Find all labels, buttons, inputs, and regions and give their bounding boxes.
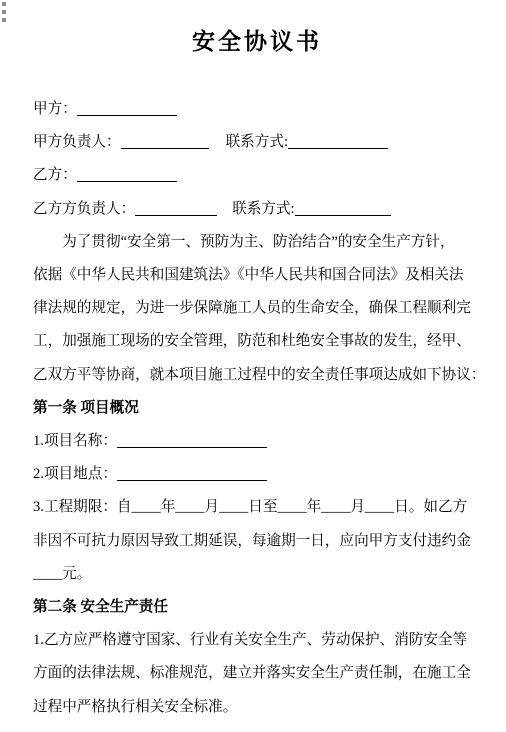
grip-dot	[2, 18, 6, 22]
party-a-manager-blank[interactable]	[121, 133, 209, 149]
section-2-heading: 第二条 安全生产责任	[33, 591, 481, 624]
project-term-line: 3.工程期限：自____年____月____日至____年____月____日。…	[33, 491, 481, 524]
preamble-line: 为了贯彻“安全第一、预防为主、防治结合”的安全生产方针，	[33, 226, 481, 259]
party-b-blank[interactable]	[77, 166, 177, 182]
party-a-contact-label: 联系方式:	[226, 134, 288, 150]
preamble-line: 乙双方平等协商，就本项目施工过程中的安全责任事项达成如下协议：	[33, 359, 481, 392]
project-term-line: 非因不可抗力原因导致工期延误，每逾期一日，应向甲方支付违约金	[33, 525, 481, 558]
document-title: 安全协议书	[33, 28, 481, 55]
project-name-label: 1.项目名称：	[33, 433, 117, 449]
party-b-label: 乙方：	[33, 167, 77, 183]
project-name-blank[interactable]	[117, 432, 267, 448]
party-a-manager-label: 甲方负责人：	[33, 134, 121, 150]
party-a-row: 甲方：	[33, 93, 481, 126]
project-location-label: 2.项目地点：	[33, 466, 117, 482]
project-location-blank[interactable]	[117, 465, 267, 481]
safety-duty-line: 过程中严格执行相关安全标准。	[33, 691, 481, 724]
party-b-manager-label: 乙方方负责人：	[33, 201, 135, 217]
preamble-line: 依据《中华人民共和国建筑法》《中华人民共和国合同法》及相关法	[33, 259, 481, 292]
party-a-label: 甲方：	[33, 101, 77, 117]
party-a-contact-blank[interactable]	[288, 133, 388, 149]
document-page: 安全协议书 甲方： 甲方负责人：联系方式: 乙方： 乙方方负责人：联系方式: 为…	[0, 0, 506, 724]
project-name-row: 1.项目名称：	[33, 425, 481, 458]
party-a-blank[interactable]	[77, 100, 177, 116]
section-1-heading: 第一条 项目概况	[33, 392, 481, 425]
preamble-line: 律法规的规定，为进一步保障施工人员的生命安全，确保工程顺利完	[33, 292, 481, 325]
party-b-manager-blank[interactable]	[135, 200, 217, 216]
grip-dot	[2, 2, 6, 6]
party-b-row: 乙方：	[33, 159, 481, 192]
party-b-manager-row: 乙方方负责人：联系方式:	[33, 193, 481, 226]
safety-duty-line: 方面的法律法规、标准规范，建立并落实安全生产责任制，在施工全	[33, 657, 481, 690]
drag-handle-icon[interactable]	[2, 2, 8, 26]
party-b-contact-blank[interactable]	[295, 200, 391, 216]
party-a-manager-row: 甲方负责人：联系方式:	[33, 126, 481, 159]
project-location-row: 2.项目地点：	[33, 458, 481, 491]
project-term-line: ____元。	[33, 558, 481, 591]
preamble-line: 工，加强施工现场的安全管理，防范和杜绝安全事故的发生，经甲、	[33, 325, 481, 358]
party-b-contact-label: 联系方式:	[232, 201, 294, 217]
grip-dot	[2, 10, 6, 14]
safety-duty-line: 1.乙方应严格遵守国家、行业有关安全生产、劳动保护、消防安全等	[33, 624, 481, 657]
